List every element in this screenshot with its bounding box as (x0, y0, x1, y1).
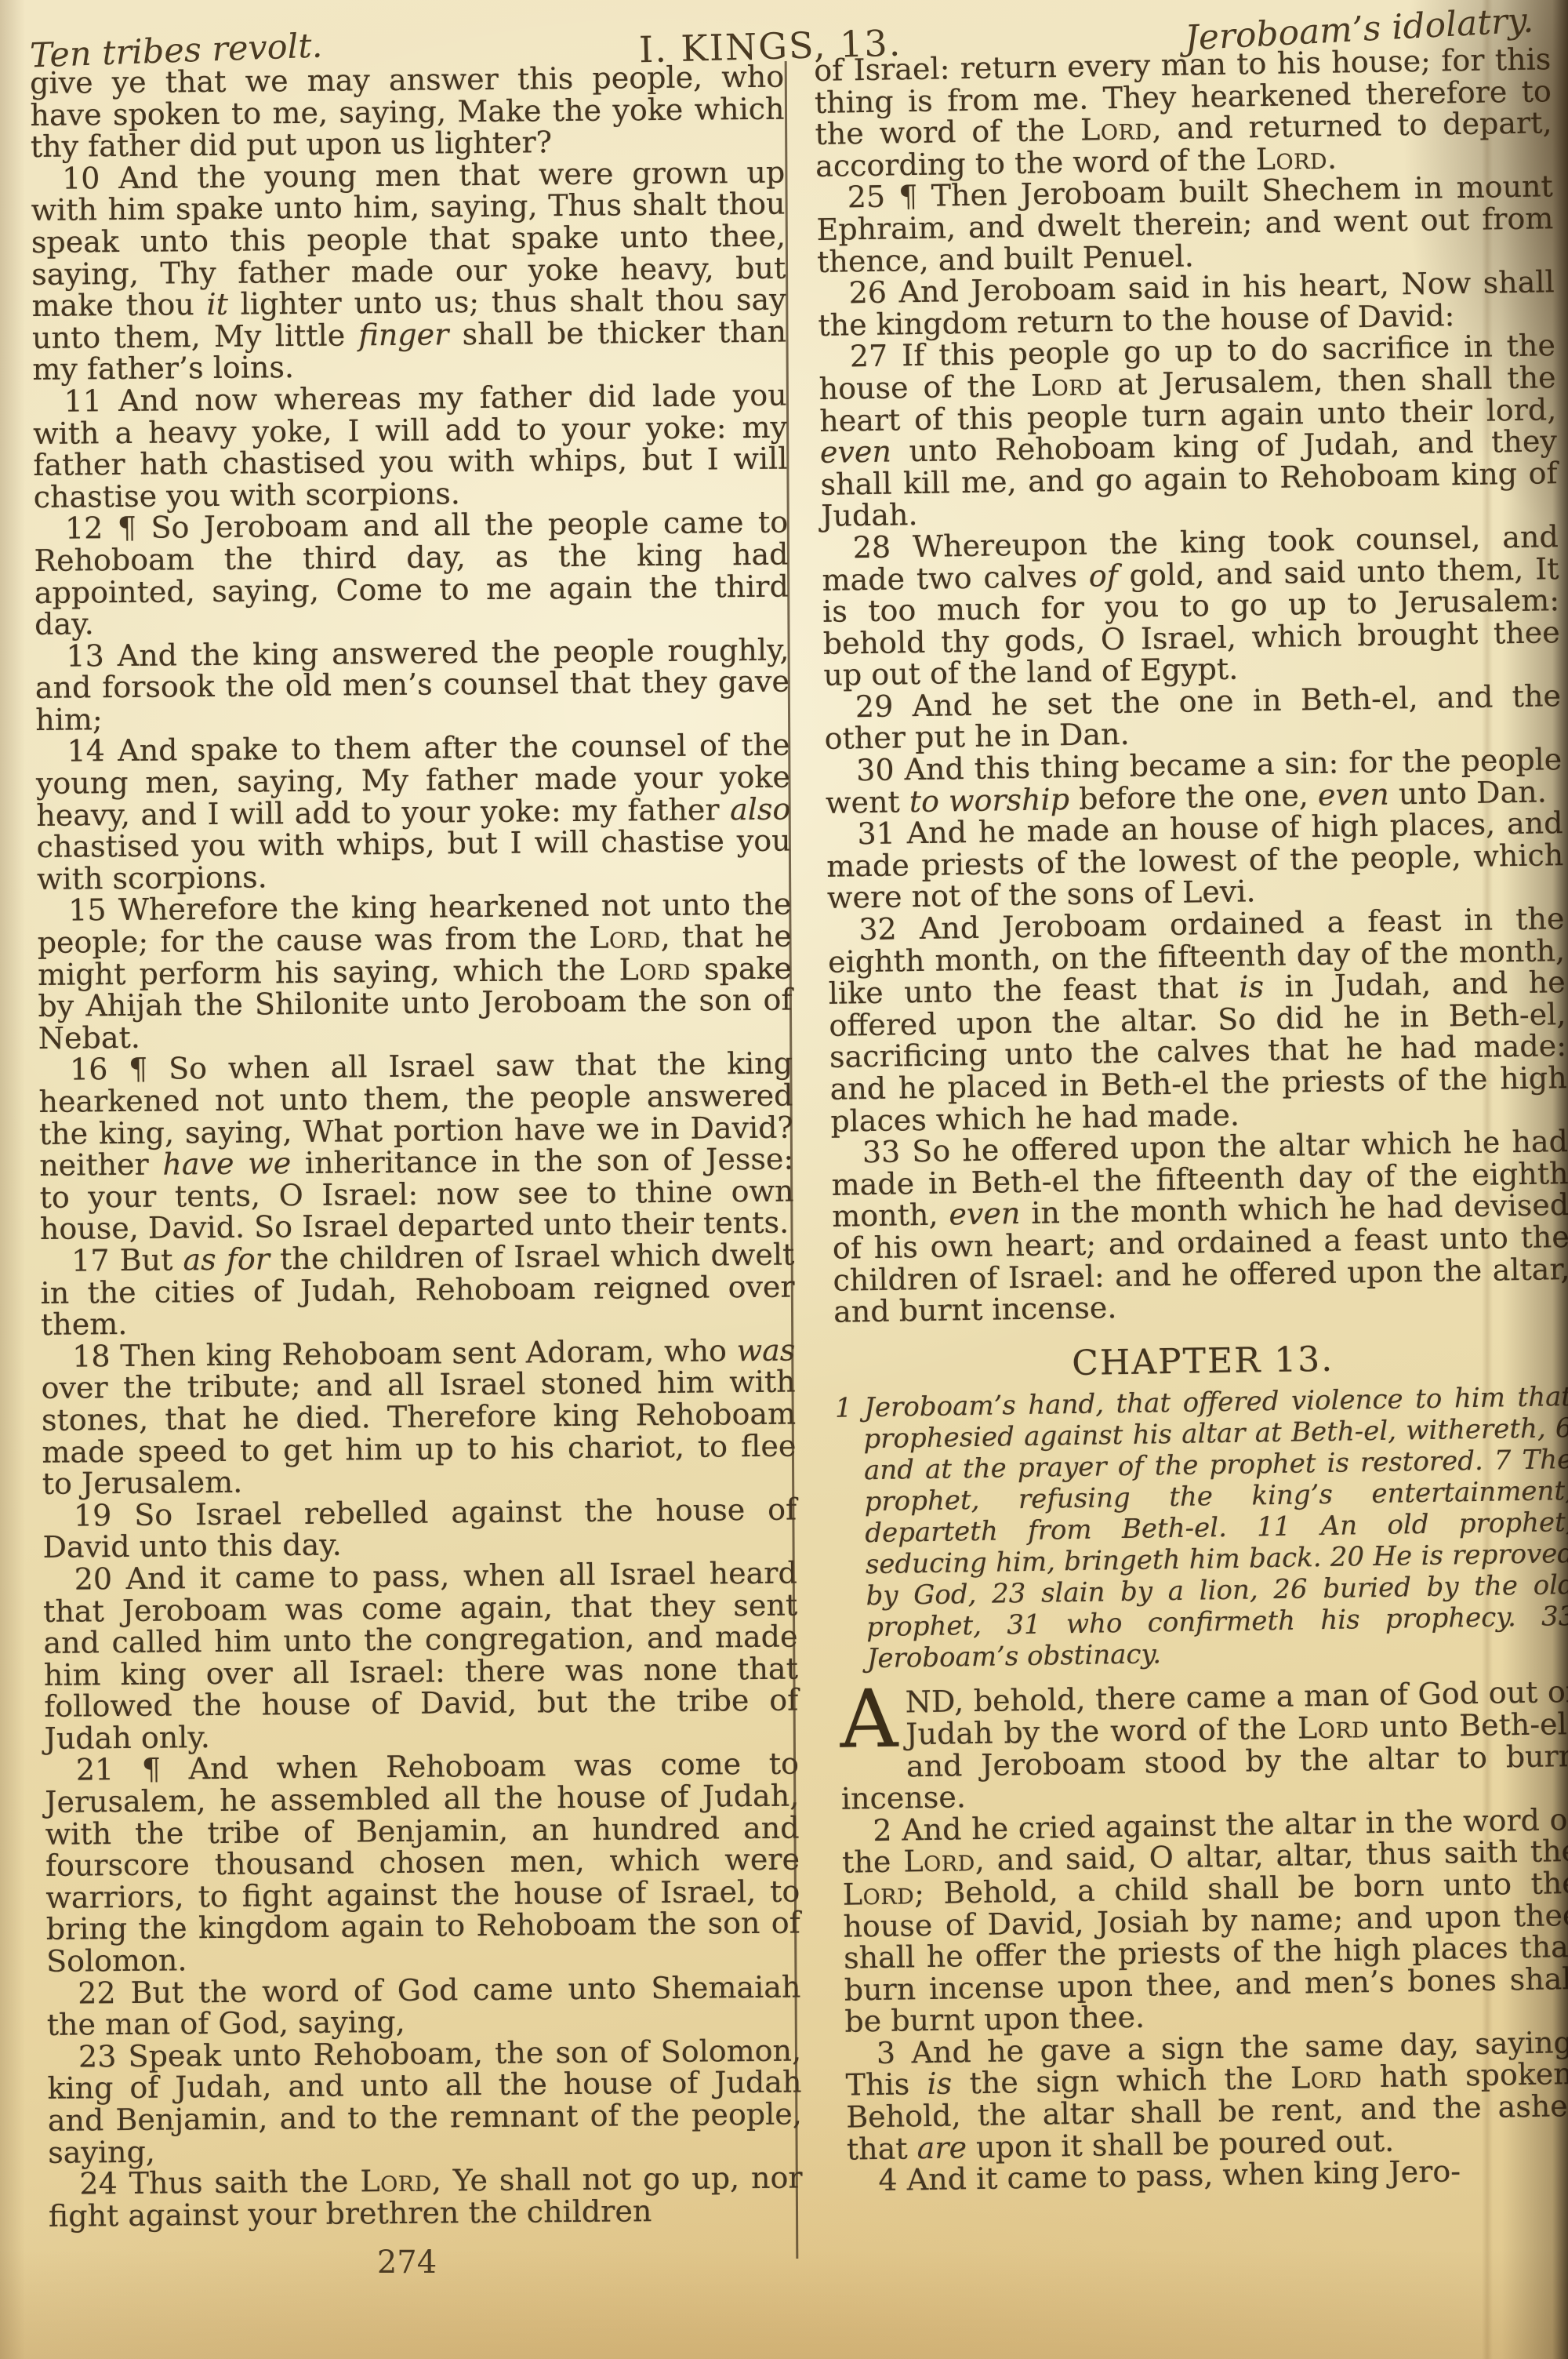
page-number: 274 (30, 2245, 784, 2281)
verse-paragraph: 32 And Jeroboam ordained a feast in the … (827, 903, 1567, 1137)
verse-paragraph: 12 ¶ So Jeroboam and all the people came… (34, 507, 789, 641)
book-page: Ten tribes revolt. I. KINGS, 13. Jeroboa… (0, 0, 1568, 2359)
verse-paragraph: 16 ¶ So when all Israel saw that the kin… (38, 1048, 794, 1245)
verse-paragraph: 3 And he gave a sign the same day, sayin… (845, 2026, 1568, 2165)
verse-paragraph: 25 ¶ Then Jeroboam built Shechem in moun… (816, 171, 1555, 278)
drop-cap: A (840, 1687, 906, 1752)
verse-paragraph: give ye that we may answer this people, … (30, 61, 785, 163)
verse-paragraph: 31 And he made an house of high places, … (826, 807, 1564, 914)
verse-paragraph: 24 Thus saith the Lord, Ye shall not go … (48, 2162, 803, 2233)
verse-paragraph: 2 And he cried against the altar in the … (841, 1804, 1568, 2038)
verse-paragraph: of Israel: return every man to his house… (814, 43, 1552, 182)
right-text-column: of Israel: return every man to his house… (814, 43, 1568, 2197)
verse-paragraph: 20 And it came to pass, when all Israel … (43, 1557, 799, 1754)
verse-paragraph: 19 So Israel rebelled against the house … (42, 1493, 797, 1564)
verse-paragraph: 18 Then king Rehoboam sent Adoram, who w… (41, 1334, 797, 1499)
chapter-heading: CHAPTER 13. (834, 1340, 1568, 1383)
verse-paragraph: 14 And spake to them after the counsel o… (35, 729, 791, 895)
verse-paragraph: 23 Speak unto Rehoboam, the son of Solom… (47, 2034, 802, 2168)
left-text-column: give ye that we may answer this people, … (30, 61, 803, 2233)
verse-paragraph: 27 If this people go up to do sacrifice … (818, 330, 1559, 533)
verse-paragraph: 28 Whereupon the king took counsel, and … (822, 521, 1561, 692)
verse-paragraph: AND, behold, there came a man of God out… (840, 1676, 1568, 1815)
verse-paragraph: 33 So he offered upon the altar which he… (831, 1125, 1568, 1328)
verse-paragraph: 11 And now whereas my father did lade yo… (33, 380, 788, 514)
verse-paragraph: 10 And the young men that were grown up … (31, 156, 786, 386)
chapter-summary: 1 Jeroboam’s hand, that offered violence… (835, 1381, 1568, 1675)
verse-paragraph: 17 But as for the children of Israel whi… (40, 1239, 795, 1341)
verse-paragraph: 22 But the word of God came unto Shemaia… (46, 1971, 801, 2041)
verse-paragraph: 21 ¶ And when Rehoboam was come to Jerus… (45, 1748, 800, 1978)
verse-paragraph: 15 Wherefore the king hearkened not unto… (37, 889, 793, 1054)
verse-paragraph: 13 And the king answered the people roug… (34, 634, 789, 736)
